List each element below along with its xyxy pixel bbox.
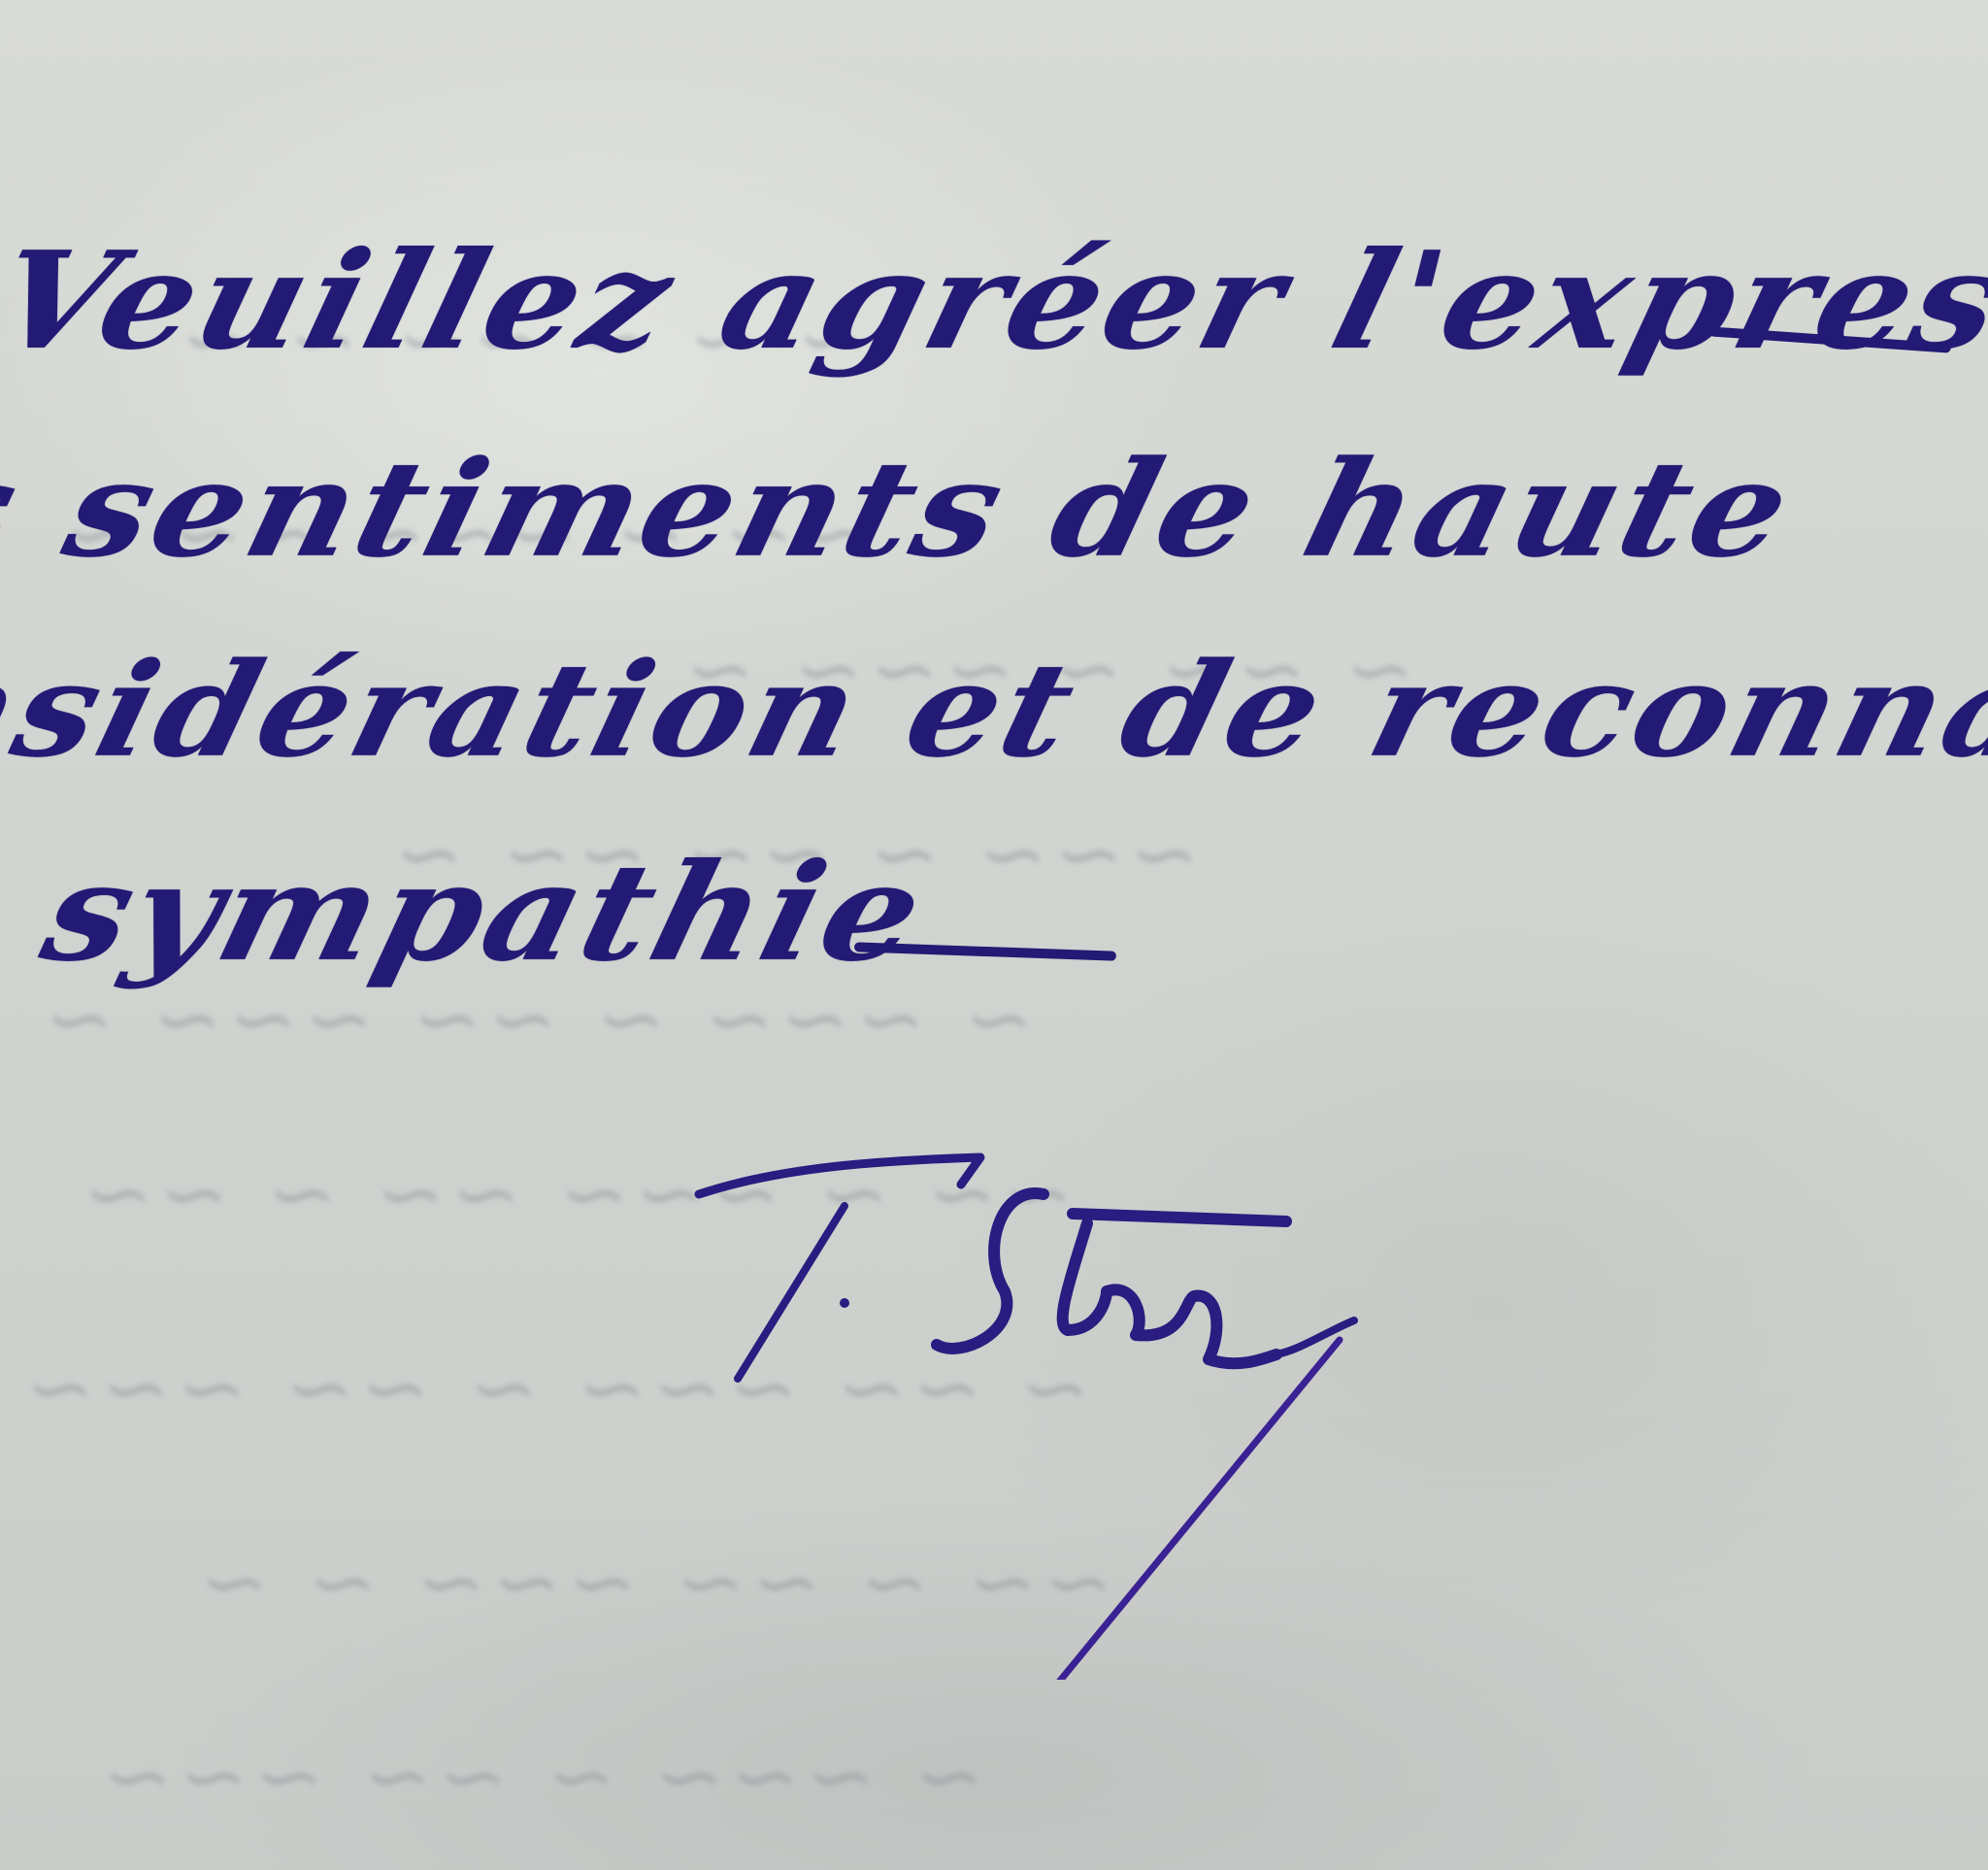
letter-line-4: sympathie [29, 834, 942, 991]
signature-text: T. Steeg [699, 1165, 1436, 1359]
signature: T. Steeg [679, 1136, 1359, 1680]
letter-line-3: nsidération et de reconnaiss [0, 635, 1988, 786]
letter-line-1: Veuillez agréer l'expression [0, 222, 1988, 380]
letter-line-2: s sentiments de haute [0, 431, 1808, 586]
letter-page: ~ ~ ~ ~~ ~ ~ ~~ ~ ~~~ ~~ ~ ~ ~~ ~ ~~~ ~ … [0, 0, 1988, 1870]
